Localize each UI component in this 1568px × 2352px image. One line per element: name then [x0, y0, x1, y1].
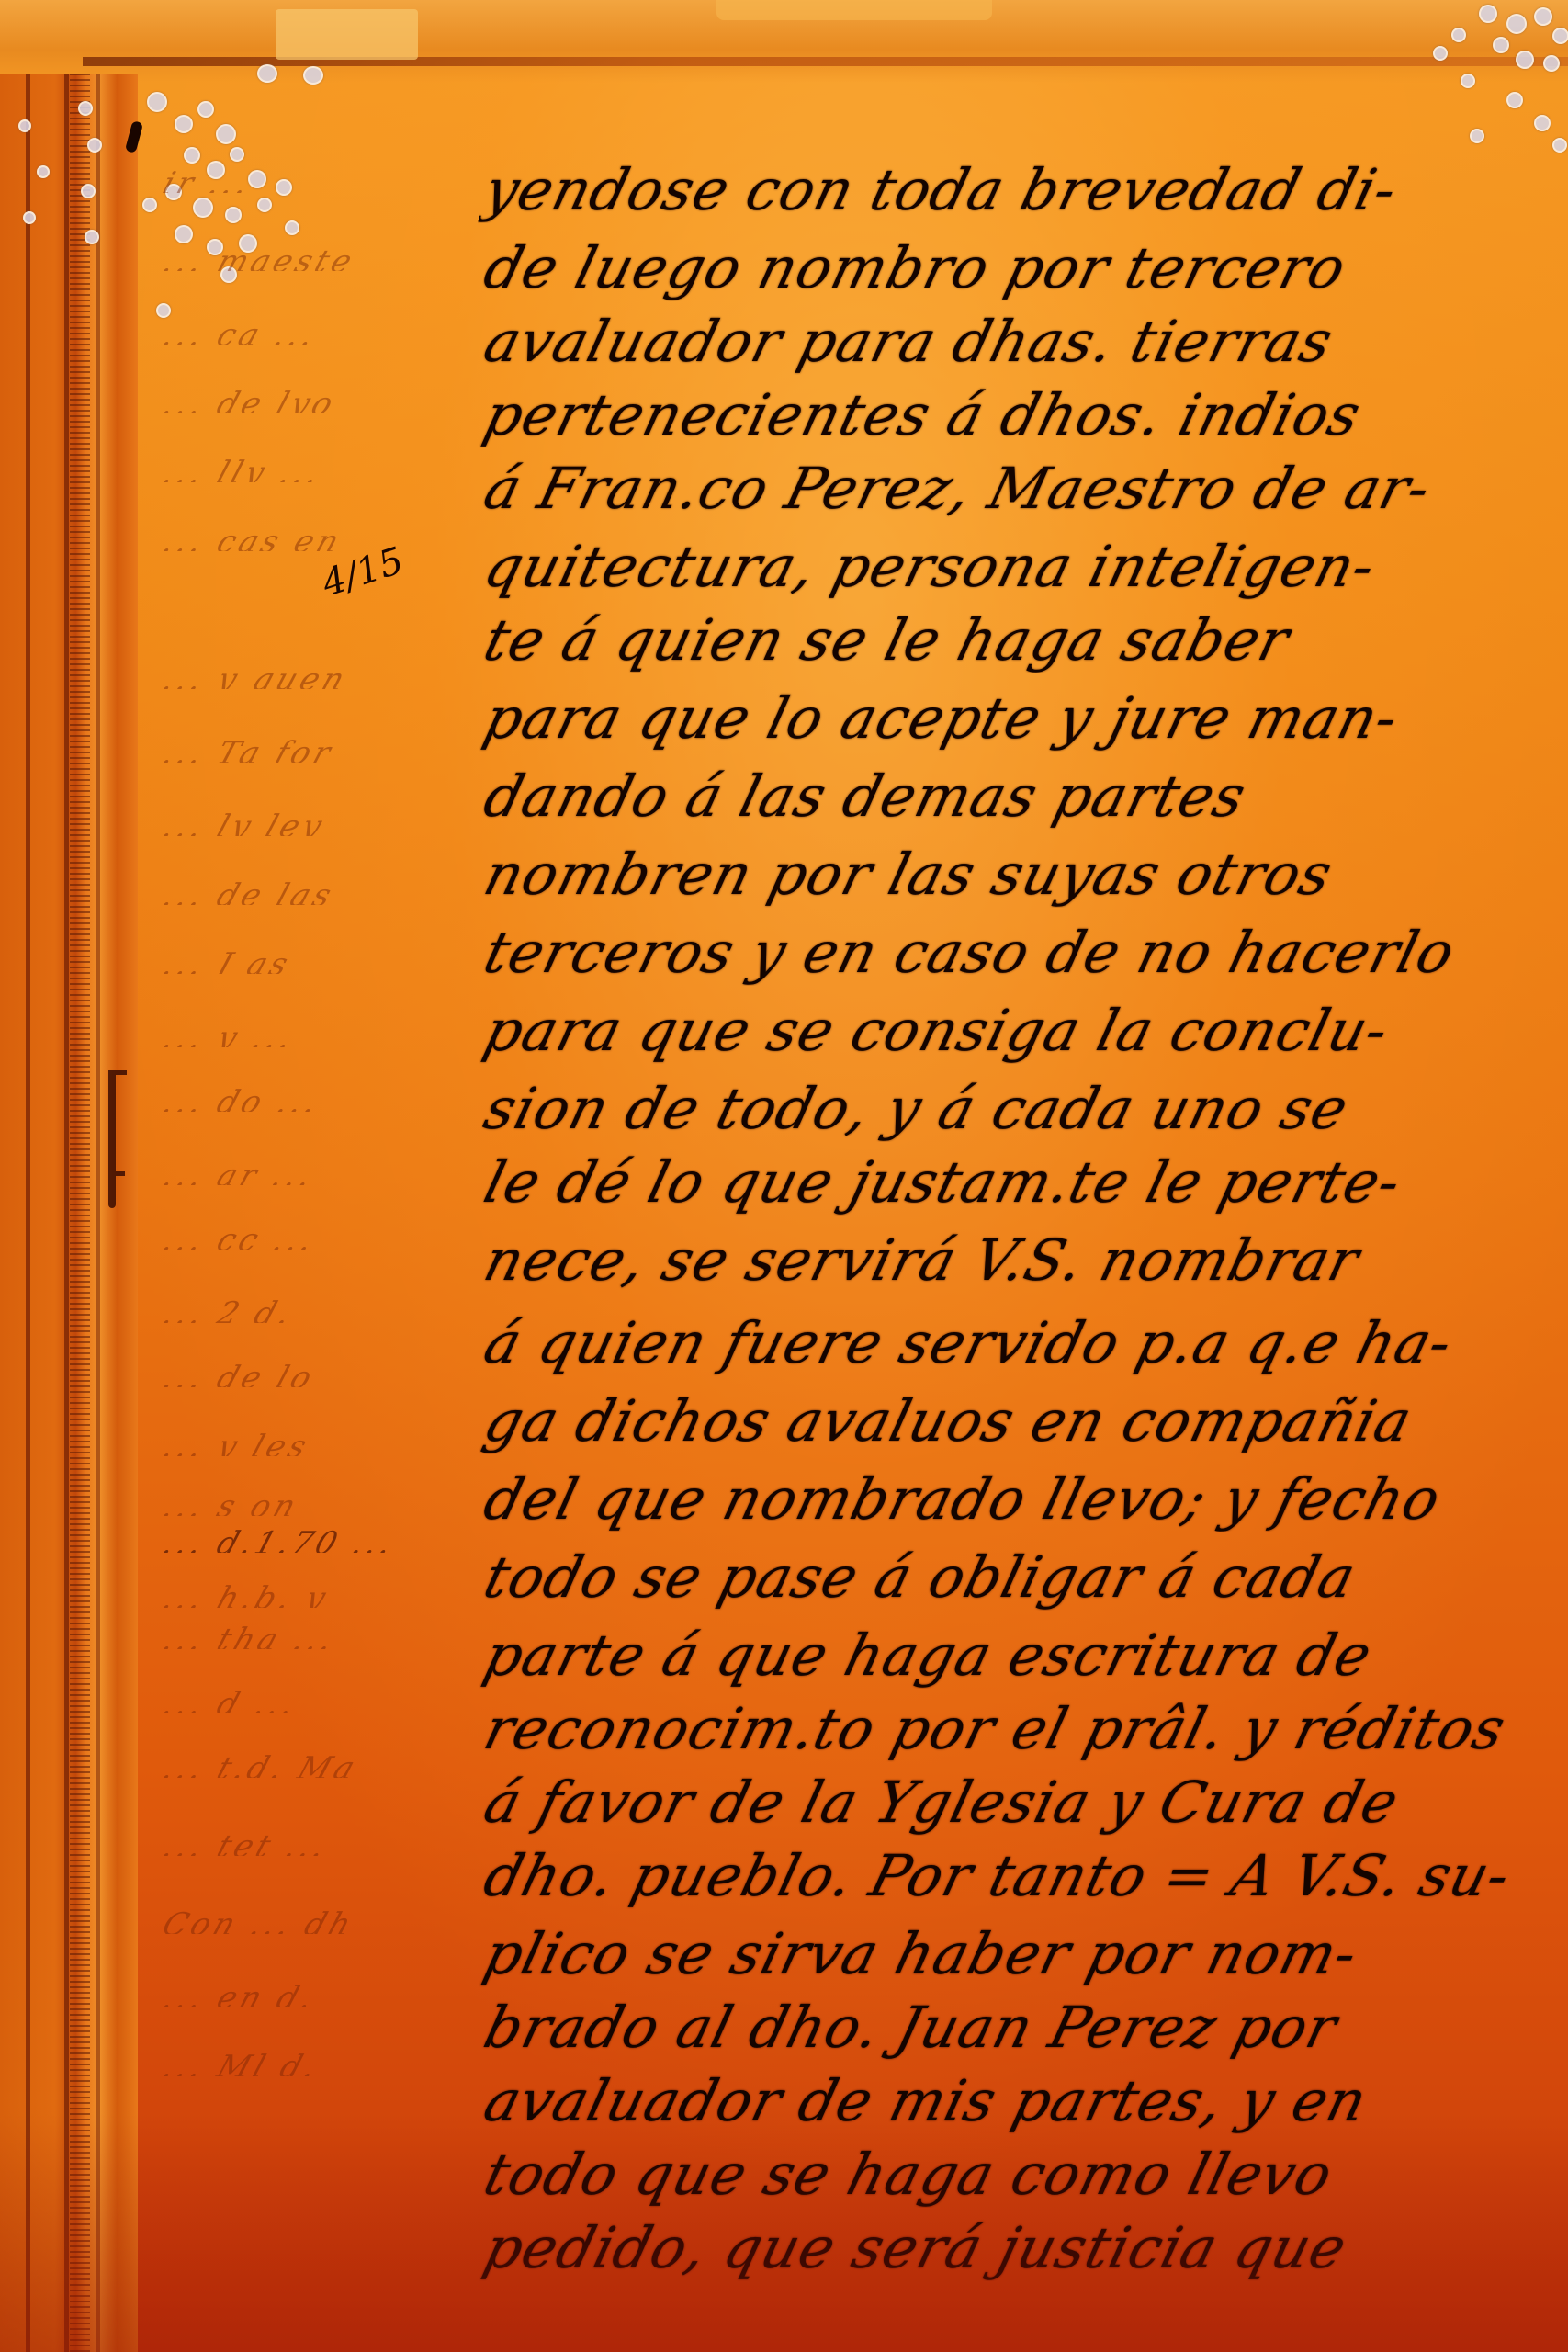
text-line: plico se sirva haber por nom-	[478, 1920, 1568, 1987]
text-line: brado al dho. Juan Perez por	[478, 1994, 1568, 2061]
paper-tab-top	[716, 0, 992, 20]
text-line: sion de todo, y á cada uno se	[478, 1075, 1568, 1142]
binding-stitching	[70, 73, 90, 2352]
text-line: del que nombrado llevo; y fecho	[478, 1465, 1568, 1532]
text-line: para que lo acepte y jure man-	[478, 684, 1568, 752]
text-line: terceros y en caso de no hacerlo	[478, 919, 1568, 986]
text-line: nece, se servirá V.S. nombrar	[478, 1227, 1568, 1294]
page-bottom-shadow	[0, 2113, 1568, 2352]
text-line: yendose con toda brevedad di-	[478, 156, 1568, 223]
text-line: le dé lo que justam.te le perte-	[478, 1148, 1568, 1216]
text-line: todo se pase á obligar á cada	[478, 1543, 1568, 1611]
text-line: avaluador para dhas. tierras	[478, 308, 1568, 375]
text-line: para que se consiga la conclu-	[478, 997, 1568, 1064]
book-binding-strip	[0, 73, 138, 2352]
text-line: quitectura, persona inteligen-	[478, 533, 1568, 600]
manuscript-page: ir ... ... maeste ... ca ... ... de lyo …	[0, 0, 1568, 2352]
paper-tab	[276, 9, 418, 60]
text-line: á favor de la Yglesia y Cura de	[478, 1769, 1568, 1836]
text-line: nombren por las suyas otros	[478, 841, 1568, 908]
text-line: á quien fuere servido p.a q.e ha-	[478, 1309, 1568, 1376]
text-line: te á quien se le haga saber	[478, 606, 1568, 673]
text-line: dando á las demas partes	[478, 763, 1568, 830]
margin-bracket-mark	[108, 1070, 116, 1208]
text-line: á Fran.co Perez, Maestro de ar-	[478, 455, 1568, 522]
text-line: pertenecientes á dhos. indios	[478, 381, 1568, 448]
text-line: dho. pueblo. Por tanto = A V.S. su-	[478, 1842, 1568, 1909]
text-line: parte á que haga escritura de	[478, 1622, 1568, 1689]
text-line: reconocim.to por el prâl. y réditos	[478, 1695, 1568, 1762]
text-line: ga dichos avaluos en compañia	[478, 1387, 1568, 1454]
binding-line	[96, 73, 100, 2352]
binding-line	[64, 73, 69, 2352]
binding-line	[26, 73, 30, 2352]
text-line: de luego nombro por tercero	[478, 234, 1568, 301]
